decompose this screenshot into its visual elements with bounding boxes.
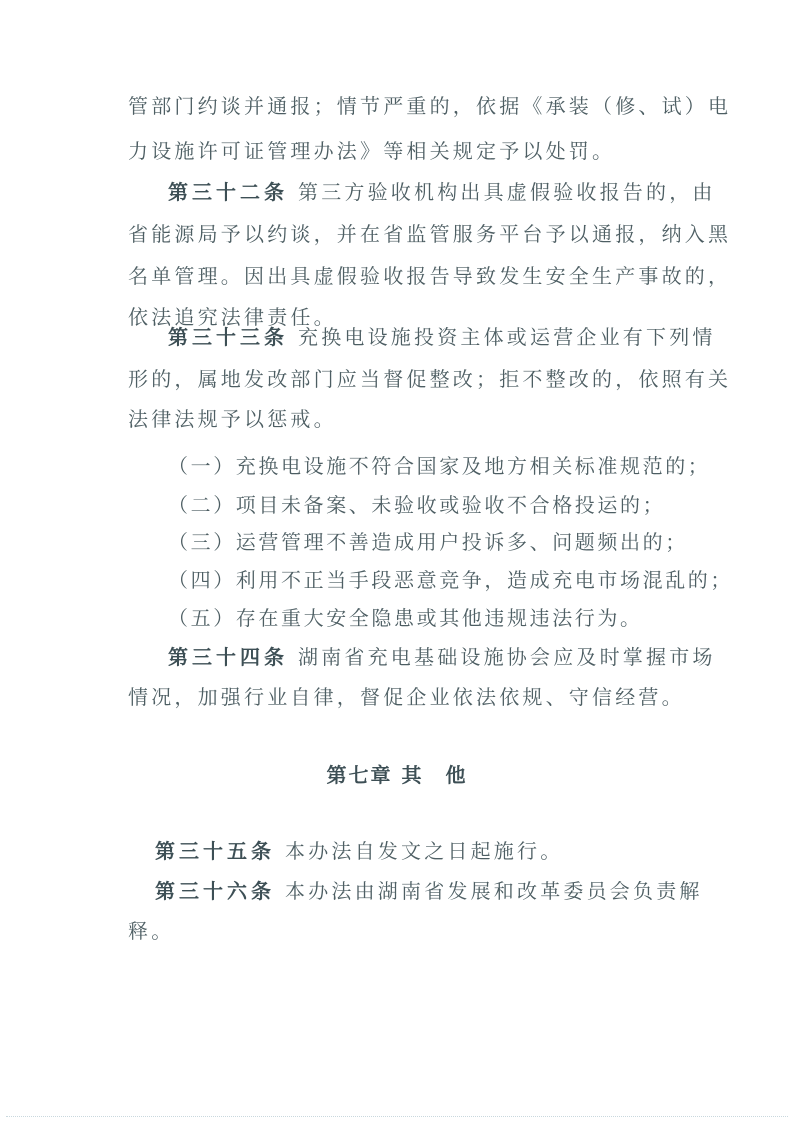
article-33-text: 充换电设施投资主体或运营企业有下列情 — [298, 325, 716, 349]
article-32-first-line: 第三十二条第三方验收机构出具虚假验收报告的，由 — [168, 177, 728, 207]
article-35-text: 本办法自发文之日起施行。 — [285, 839, 563, 863]
article-35-label: 第三十五条 — [155, 839, 275, 863]
article-36-line-2: 释。 — [128, 916, 688, 946]
article-35-first-line: 第三十五条本办法自发文之日起施行。 — [155, 836, 715, 866]
article-33-line-3: 法律法规予以惩戒。 — [128, 404, 688, 434]
article-32-line-3: 名单管理。因出具虚假验收报告导致发生安全生产事故的， — [128, 261, 688, 291]
continuation-line-2: 力设施许可证管理办法》等相关规定予以处罚。 — [128, 136, 688, 166]
article-32-label: 第三十二条 — [168, 180, 288, 204]
chapter-title-part1: 其 — [401, 763, 423, 787]
article-33-item-2: （二）项目未备案、未验收或验收不合格投运的； — [168, 490, 728, 520]
article-33-item-4: （四）利用不正当手段恶意竞争，造成充电市场混乱的； — [168, 565, 728, 595]
article-33-label: 第三十三条 — [168, 325, 288, 349]
article-33-item-5: （五）存在重大安全隐患或其他违规违法行为。 — [168, 603, 728, 633]
article-36-label: 第三十六条 — [155, 879, 275, 903]
article-32-text: 第三方验收机构出具虚假验收报告的，由 — [298, 180, 716, 204]
article-36-text: 本办法由湖南省发展和改革委员会负责解 — [285, 879, 703, 903]
article-34-first-line: 第三十四条湖南省充电基础设施协会应及时掌握市场 — [168, 642, 728, 672]
article-36-first-line: 第三十六条本办法由湖南省发展和改革委员会负责解 — [155, 876, 715, 906]
chapter-number: 第七章 — [327, 763, 393, 787]
chapter-heading: 第七章 其他 — [0, 760, 794, 790]
article-33-item-1: （一）充换电设施不符合国家及地方相关标准规范的； — [168, 451, 728, 481]
chapter-title-part2: 他 — [445, 763, 467, 787]
article-34-label: 第三十四条 — [168, 645, 288, 669]
article-33-first-line: 第三十三条充换电设施投资主体或运营企业有下列情 — [168, 322, 728, 352]
article-33-item-3: （三）运营管理不善造成用户投诉多、问题频出的； — [168, 527, 728, 557]
article-34-text: 湖南省充电基础设施协会应及时掌握市场 — [298, 645, 716, 669]
article-33-line-2: 形的，属地发改部门应当督促整改；拒不整改的，依照有关 — [128, 364, 688, 394]
continuation-line-1: 管部门约谈并通报；情节严重的，依据《承装（修、试）电 — [128, 91, 688, 121]
article-32-line-2: 省能源局予以约谈，并在省监管服务平台予以通报，纳入黑 — [128, 219, 688, 249]
document-page: 管部门约谈并通报；情节严重的，依据《承装（修、试）电 力设施许可证管理办法》等相… — [0, 0, 794, 1124]
page-bottom-edge — [6, 1116, 788, 1117]
article-34-line-2: 情况，加强行业自律，督促企业依法依规、守信经营。 — [128, 682, 688, 712]
